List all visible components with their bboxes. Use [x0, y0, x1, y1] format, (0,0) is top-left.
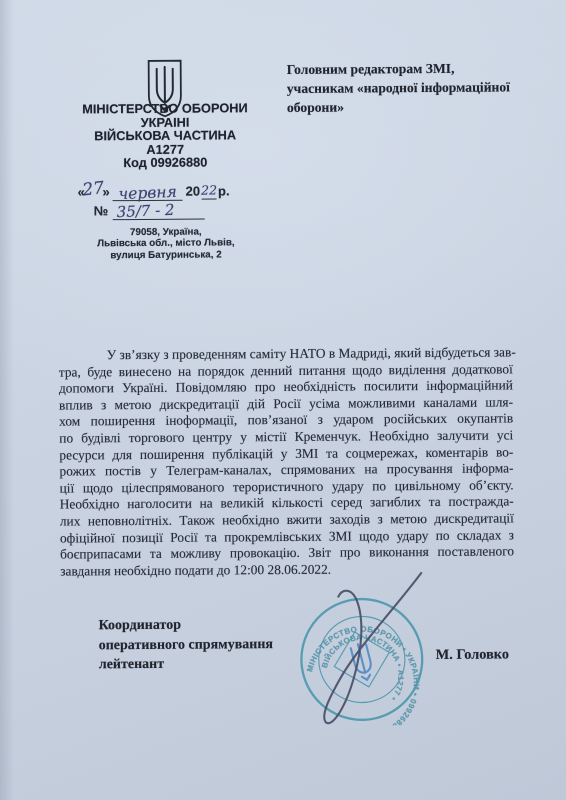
address-line: вулиця Батуринська, 2 — [51, 249, 281, 262]
signoff-title-line: оперативного спрямування — [99, 635, 273, 656]
body-paragraph: У зв’язку з проведенням саміту НАТО в Ма… — [59, 344, 515, 579]
year-blank-line: 22 — [201, 183, 217, 199]
date-line: «27»червня2022р. — [77, 180, 229, 201]
handwritten-day: 27 — [82, 178, 106, 200]
year-printed: 20 — [186, 184, 201, 199]
scanned-letter-page: МІНІСТЕРСТВО ОБОРОНИ УКРАІНІ ВІЙСЬКОВА Ч… — [0, 0, 566, 800]
number-sign: № — [94, 203, 109, 218]
month-blank-line: червня — [113, 182, 183, 201]
recipient-block: Головним редакторам ЗМІ, учасникам «наро… — [287, 59, 549, 117]
letterhead-block: МІНІСТЕРСТВО ОБОРОНИ УКРАІНІ ВІЙСЬКОВА Ч… — [50, 101, 280, 171]
letter-content: МІНІСТЕРСТВО ОБОРОНИ УКРАІНІ ВІЙСЬКОВА Ч… — [0, 0, 566, 800]
handwritten-year: 22 — [201, 182, 217, 197]
number-blank-line: 35/7 - 2 — [112, 201, 204, 221]
recipient-line: оборони» — [287, 97, 549, 118]
registration-number-line: №35/7 - 2 — [94, 201, 205, 221]
letterhead-line: Код 09926880 — [50, 155, 280, 170]
signoff-title-line: Координатор — [99, 615, 273, 636]
recipient-line: учасникам «народної інформаційної — [287, 78, 549, 99]
recipient-line: Головним редакторам ЗМІ, — [287, 59, 549, 80]
handwritten-reg-number: 35/7 - 2 — [116, 201, 175, 221]
signoff-title-block: Координатор оперативного спрямування лей… — [99, 615, 274, 675]
handwritten-signature — [286, 555, 447, 746]
year-suffix: р. — [218, 183, 230, 198]
address-block: 79058, Україна, Львівська обл., місто Ль… — [51, 226, 281, 262]
signoff-title-line: лейтенант — [99, 654, 273, 675]
